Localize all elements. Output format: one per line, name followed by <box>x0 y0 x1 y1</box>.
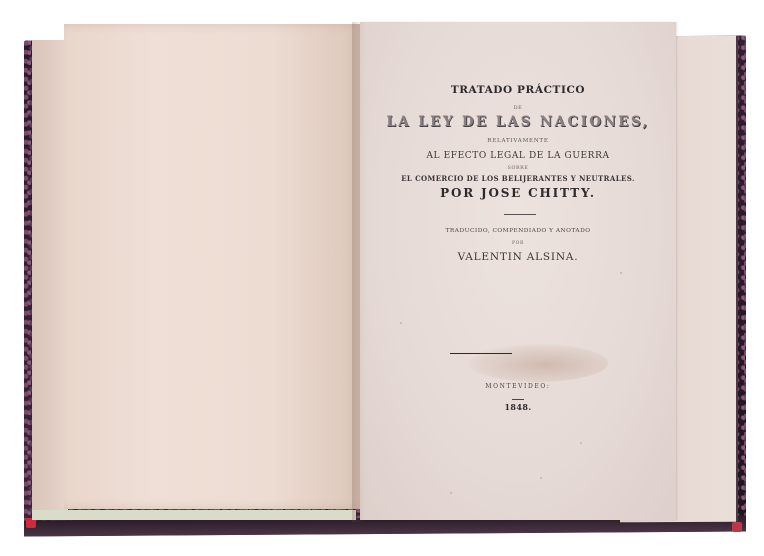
speckle <box>580 442 582 444</box>
speckle <box>540 477 542 479</box>
title-line-7: EL COMERCIO DE LOS BELIJERANTES Y NEUTRA… <box>360 174 676 183</box>
speckle <box>620 272 622 274</box>
divider-rule <box>504 214 536 215</box>
title-line-4: RELATIVAMENTE <box>360 138 676 144</box>
translator-line: VALENTIN ALSINA. <box>360 251 676 263</box>
speckle <box>450 492 452 494</box>
left-endpaper-page <box>64 24 362 509</box>
speckle <box>400 322 402 324</box>
divider-rule-long <box>450 353 512 354</box>
author-line: POR JOSE CHITTY. <box>360 186 676 200</box>
pastedown-strip <box>32 510 356 520</box>
title-line-1: TRATADO PRÁCTICO <box>360 84 676 96</box>
title-line-5: AL EFECTO LEGAL DE LA GUERRA <box>360 151 676 161</box>
book-photo: TRATADO PRÁCTICO DE LA LEY DE LAS NACION… <box>0 0 764 556</box>
page-stain <box>468 344 608 382</box>
gutter-shadow <box>352 22 366 522</box>
by-line: POR <box>360 241 676 246</box>
translation-note: TRADUCIDO, COMPENDIADO Y ANOTADO <box>360 228 676 234</box>
title-main: LA LEY DE LAS NACIONES, <box>360 114 676 130</box>
title-line-2: DE <box>360 105 676 111</box>
flyleaf-edge <box>32 40 68 510</box>
place-line: MONTEVIDEO: <box>360 383 676 390</box>
divider-rule-tiny <box>512 399 524 400</box>
year-line: 1848. <box>360 402 676 412</box>
cover-corner-accent <box>732 522 742 532</box>
title-page: TRATADO PRÁCTICO DE LA LEY DE LAS NACION… <box>360 22 676 520</box>
title-line-6: SOBRE <box>360 166 676 171</box>
